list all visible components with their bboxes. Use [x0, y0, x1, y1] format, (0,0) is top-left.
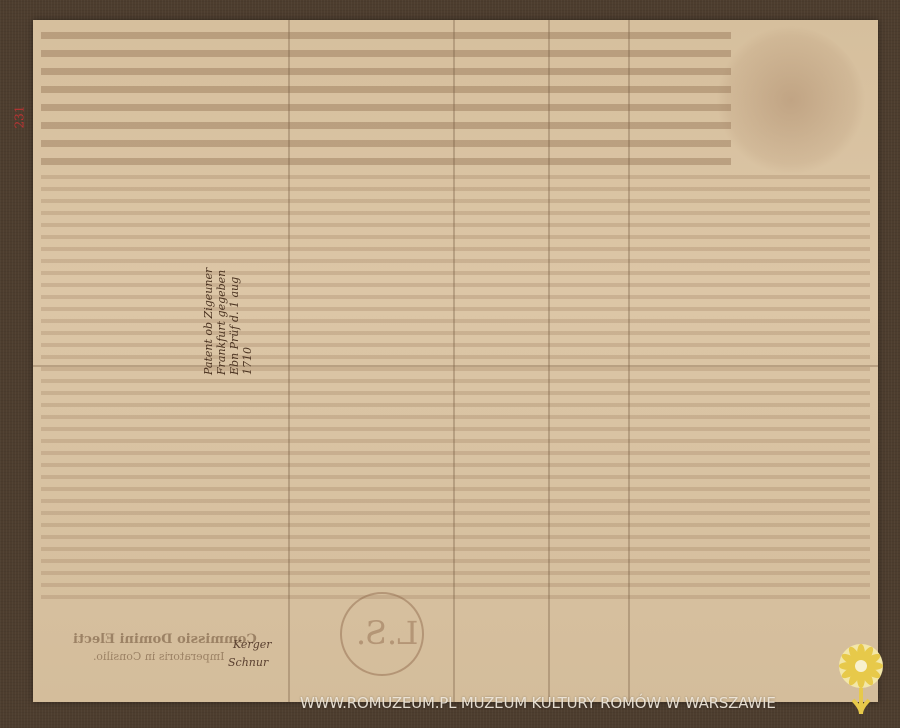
bleed-through-print: [41, 175, 870, 602]
fold-line: [548, 20, 550, 702]
document-paper: Commissio Domini Electi Imperatoris in C…: [33, 20, 878, 702]
handwritten-endorsement: Patent ob Zigeuner Frankfurt gegeben Ebn…: [202, 265, 372, 315]
fold-line: [628, 20, 630, 702]
museum-watermark: WWW.ROMUZEUM.PL MUZEUM KULTURY ROMÓW W W…: [300, 694, 776, 712]
pen-signature: Schnur: [228, 656, 268, 669]
ornamental-initial: [716, 25, 866, 175]
flower-logo-icon: [835, 638, 887, 720]
mirrored-commission-text: Imperatoris in Consilio.: [93, 650, 224, 663]
fold-line: [453, 20, 455, 702]
fold-line: [33, 365, 878, 367]
archive-number: 231: [12, 106, 26, 129]
mirrored-commission-text: Commissio Domini Electi: [73, 632, 257, 647]
seal-imprint: L.S.: [340, 592, 424, 676]
pen-signature: Kerger: [233, 638, 272, 651]
fold-line: [288, 20, 290, 702]
